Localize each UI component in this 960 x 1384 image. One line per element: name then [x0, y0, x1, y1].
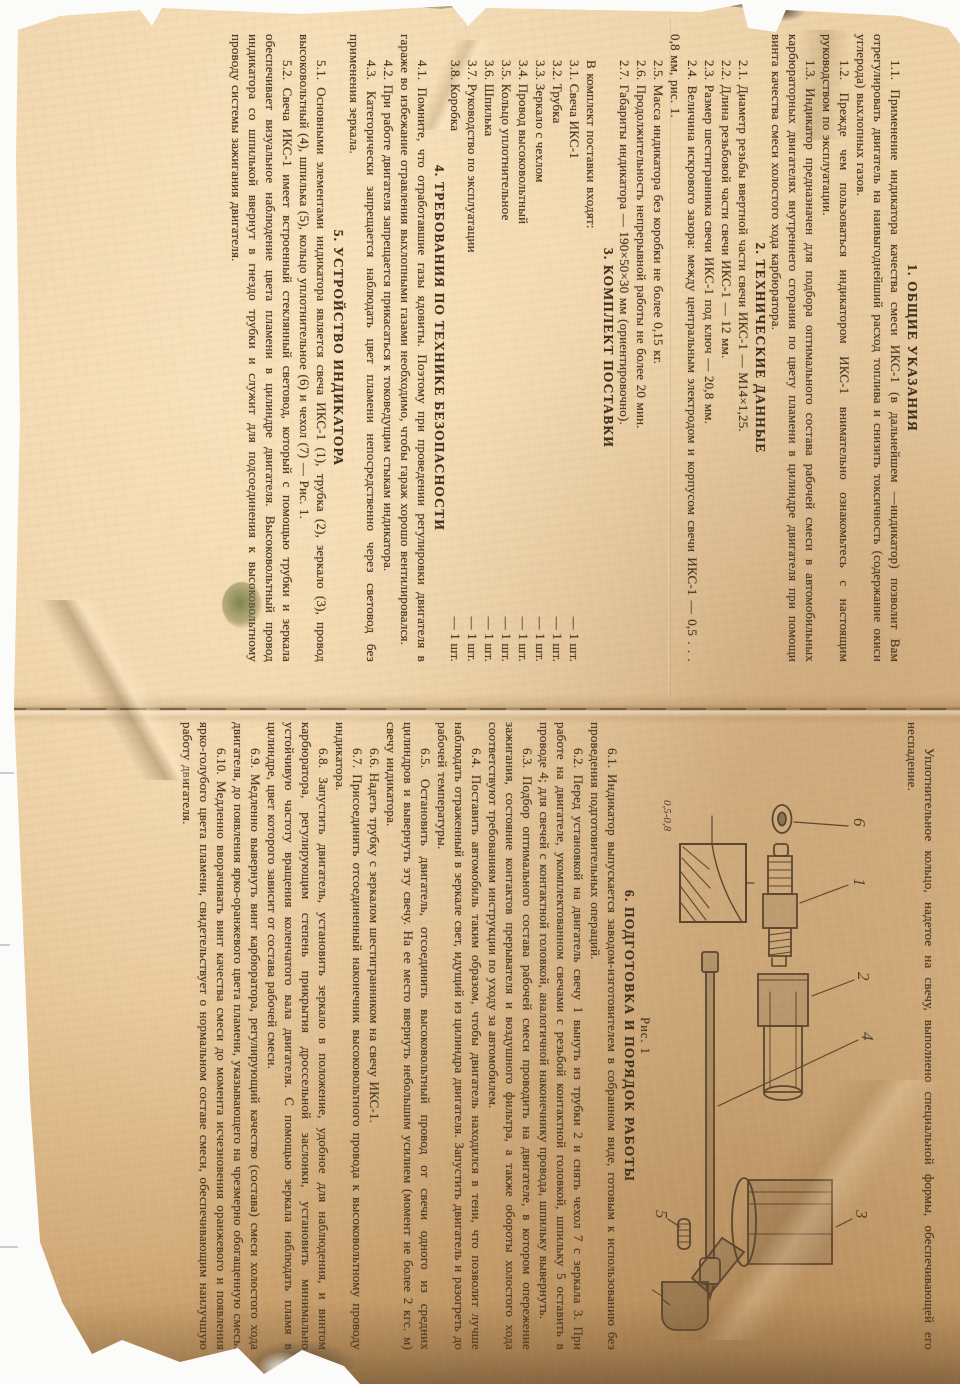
figure-exploded-view: 6 1 2 4 3 5 7 0,5-0,8	[652, 722, 904, 1382]
paragraph-5-2: 5.2. Свеча ИКС-1 имеет встроенный стекля…	[228, 34, 296, 662]
kit-item-qty: — 1 шт.	[498, 617, 515, 662]
callout-5: 5	[652, 1210, 671, 1219]
kit-item-label: 3.6. Шпилька	[481, 34, 498, 136]
spec-item: 2.7. Габариты индикатора — 190×50×30 мм …	[616, 34, 633, 662]
paragraph-6-6: 6.6. Надеть трубку с зеркалом шестигранн…	[366, 722, 383, 1350]
spec-item: 2.2. Длина резьбовой части свечи ИКС-1 —…	[718, 34, 735, 662]
page-section-6: Уплотнительное кольцо, надетое на свечу,…	[0, 692, 954, 1384]
spec-item: 2.4. Величина искрового зазора: между це…	[667, 34, 701, 662]
kit-item-qty: — 1 шт.	[447, 617, 464, 662]
kit-item-qty: — 1 шт.	[481, 617, 498, 662]
scanner-streak	[0, 772, 14, 774]
kit-item-row: 3.4. Провод высоковольтный — 1 шт.	[515, 34, 532, 662]
indicator-parts-drawing: 6 1 2 4 3 5 7 0,5-0,8	[652, 722, 904, 1382]
section-6-heading: 6. ПОДГОТОВКА И ПОРЯДОК РАБОТЫ	[621, 722, 637, 1350]
spec-item: 2.5. Масса индикатора без коробки не бол…	[650, 34, 667, 662]
kit-item-row: 3.2. Трубка — 1 шт.	[549, 34, 566, 662]
kit-item-row: 3.3. Зеркало с чехлом — 1 шт.	[532, 34, 549, 662]
kit-item-label: 3.1. Свеча ИКС-1	[566, 34, 583, 159]
section-5-heading: 5. УСТРОЙСТВО ИНДИКАТОРА	[330, 34, 346, 662]
section-1-heading: 1. ОБЩИЕ УКАЗАНИЯ	[904, 34, 920, 662]
kit-item-qty: — 1 шт.	[515, 617, 532, 662]
kit-item-label: 3.3. Зеркало с чехлом	[532, 34, 549, 183]
kit-item-row: 3.7. Руководство по эксплуатации — 1 шт.	[464, 34, 481, 662]
paragraph-6-5: 6.5. Остановить двигатель, отсоединить в…	[383, 722, 434, 1350]
spec-item: 2.3. Размер шестигранника свечи ИКС-1 по…	[701, 34, 718, 662]
rotated-document: 1. ОБЩИЕ УКАЗАНИЯ 1.1. Применение индика…	[0, 0, 954, 1384]
paragraph-1-2: 1.2. Прежде чем пользоваться индикатором…	[819, 34, 853, 662]
section-4-heading: 4. ТРЕБОВАНИЯ ПО ТЕХНИКЕ БЕЗОПАСНОСТИ	[431, 34, 447, 662]
kit-item-row: 3.1. Свеча ИКС-1 — 1 шт.	[566, 34, 583, 662]
callout-3: 3	[852, 1209, 871, 1219]
kit-item-qty: — 1 шт.	[532, 617, 549, 662]
kit-intro: В комплект поставки входят:	[583, 34, 600, 662]
bottom-tear-hole	[258, 1352, 304, 1384]
paragraph-5-1: 5.1. Основными элементами индикатора явл…	[296, 34, 330, 662]
paragraph-4-2: 4.2. При работе двигателя запрещается пр…	[380, 34, 397, 662]
callout-1: 1	[850, 878, 869, 887]
kit-item-qty: — 1 шт.	[566, 617, 583, 662]
section-3-heading: 3. КОМПЛЕКТ ПОСТАВКИ	[600, 34, 616, 662]
kit-item-label: 3.5. Кольцо уплотнительное	[498, 34, 515, 221]
spec-item: 2.6. Продолжительность непрерывной работ…	[633, 34, 650, 662]
callout-6: 6	[850, 818, 869, 827]
paragraph-4-3: 4.3. Категорически запрещается наблюдать…	[346, 34, 380, 662]
paragraph-6-2: 6.2. Перед установкой на двигатель свечу…	[536, 722, 587, 1350]
paragraph-6-9: 6.9. Медленно вывернуть винт карбюратора…	[230, 722, 264, 1350]
section-2-heading: 2. ТЕХНИЧЕСКИЕ ДАННЫЕ	[752, 34, 768, 662]
paragraph-6-10: 6.10. Медленно вворачивать винт качества…	[179, 722, 230, 1350]
spec-item: 2.1. Диаметр резьбы ввертной части свечи…	[735, 34, 752, 662]
kit-item-label: 3.8. Коробка	[447, 34, 464, 131]
callout-2: 2	[854, 972, 873, 981]
kit-item-label: 3.4. Провод высоковольтный	[515, 34, 532, 224]
page-sections-1-5: 1. ОБЩИЕ УКАЗАНИЯ 1.1. Применение индика…	[0, 0, 954, 692]
gap-dimension-label: 0,5-0,8	[661, 800, 673, 832]
paragraph-1-1: 1.1. Применение индикатора качества смес…	[853, 34, 904, 662]
scanned-leaflet: 1. ОБЩИЕ УКАЗАНИЯ 1.1. Применение индика…	[0, 0, 960, 1384]
figure-caption: Рис. 1	[637, 722, 652, 1350]
kit-item-qty: — 1 шт.	[549, 617, 566, 662]
kit-item-row: 3.5. Кольцо уплотнительное — 1 шт.	[498, 34, 515, 662]
kit-item-row: 3.8. Коробка — 1 шт.	[447, 34, 464, 662]
paragraph-6-8: 6.8. Запустить двигатель, установить зер…	[264, 722, 332, 1350]
paragraph-1-3: 1.3. Индикатор предназначен для подбора …	[768, 34, 819, 662]
paragraph-6-1: 6.1. Индикатор выпускается заводом-изгот…	[587, 722, 621, 1350]
scanner-streak	[0, 1246, 18, 1248]
scanner-streak	[0, 944, 10, 946]
kit-item-qty: — 1 шт.	[464, 617, 481, 662]
sealing-ring-note: Уплотнительное кольцо, надетое на свечу,…	[904, 722, 938, 1350]
kit-item-label: 3.2. Трубка	[549, 34, 566, 124]
kit-item-row: 3.6. Шпилька — 1 шт.	[481, 34, 498, 662]
paragraph-6-3: 6.3. Подбор оптимального состава рабочей…	[485, 722, 536, 1350]
kit-item-label: 3.7. Руководство по эксплуатации	[464, 34, 481, 253]
callout-4: 4	[858, 1032, 877, 1041]
paragraph-4-1: 4.1. Помните, что отработавшие газы ядов…	[397, 34, 431, 662]
paragraph-6-4: 6.4. Поставить автомобиль таким образом,…	[434, 722, 485, 1350]
paragraph-6-7: 6.7. Присоединить отсоединенный наконечн…	[332, 722, 366, 1350]
